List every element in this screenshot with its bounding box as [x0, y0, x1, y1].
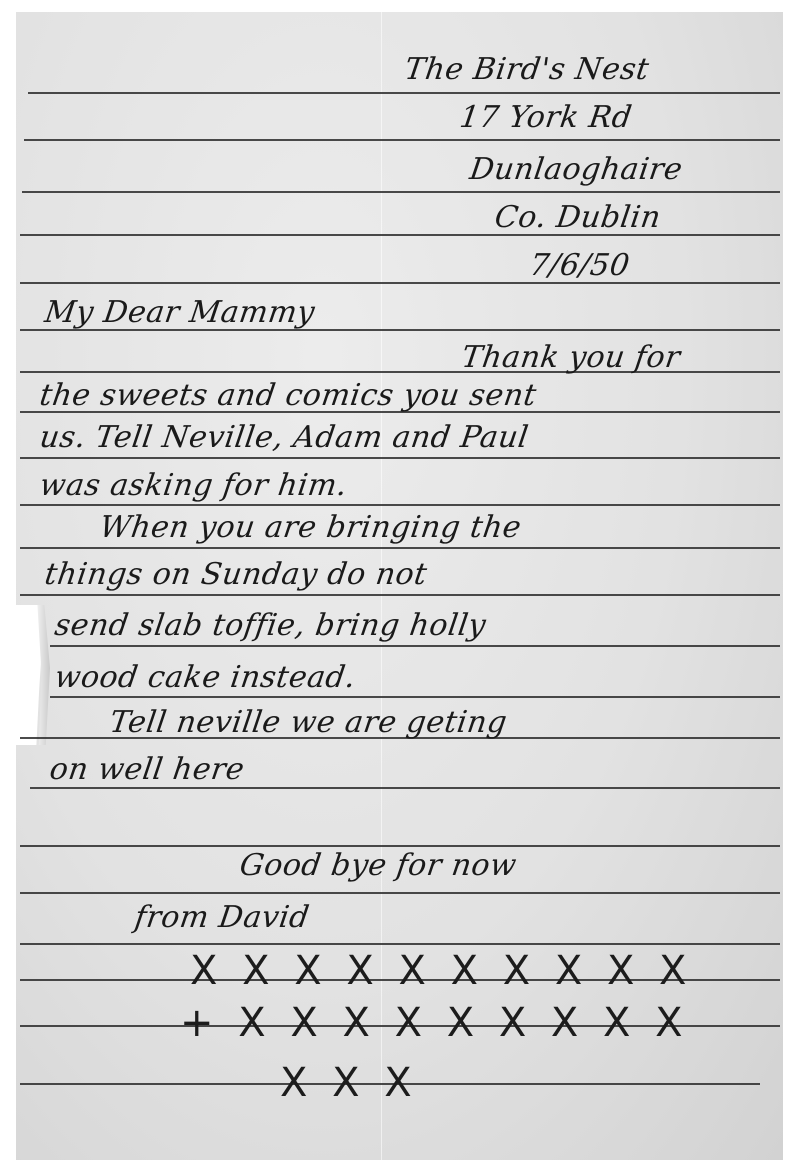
body-line: Tell neville we are geting [108, 705, 510, 740]
ruled-line [20, 943, 780, 945]
address-line-1: The Bird's Nest [403, 52, 652, 87]
kisses-row: X X X X X X X X X X [190, 948, 692, 994]
body-line: wood cake instead. [53, 660, 358, 695]
ruled-line [20, 547, 780, 549]
body-line: When you are bringing the [98, 510, 524, 545]
body-line: things on Sunday do not [43, 557, 430, 592]
ruled-line [20, 845, 780, 847]
ruled-line [24, 139, 780, 141]
ruled-line [50, 645, 780, 647]
address-line-2: 17 York Rd [458, 100, 635, 135]
address-line-4: Co. Dublin [493, 200, 664, 235]
body-line: send slab toffie, bring holly [53, 608, 489, 643]
body-line: us. Tell Neville, Adam and Paul [38, 420, 531, 455]
body-line: Thank you for [460, 340, 683, 375]
ruled-line [20, 457, 780, 459]
body-line: the sweets and comics you sent [38, 378, 539, 413]
salutation: My Dear Mammy [43, 295, 318, 330]
ruled-line [22, 191, 780, 193]
closing: Good bye for now [238, 848, 519, 883]
ruled-line [50, 696, 780, 698]
body-line: was asking for him. [38, 468, 350, 503]
letter-date: 7/6/50 [528, 248, 632, 283]
signature: from David [133, 900, 312, 935]
ruled-line [20, 892, 780, 894]
ruled-line [20, 234, 780, 236]
ruled-line [20, 282, 780, 284]
kisses-row: X X X [280, 1060, 418, 1106]
ruled-line [28, 92, 780, 94]
address-line-3: Dunlaoghaire [468, 152, 685, 187]
ruled-line [20, 504, 780, 506]
kisses-row: + X X X X X X X X X [180, 1000, 689, 1046]
ruled-line [30, 787, 780, 789]
ruled-line [20, 594, 780, 596]
body-line: on well here [48, 752, 247, 787]
